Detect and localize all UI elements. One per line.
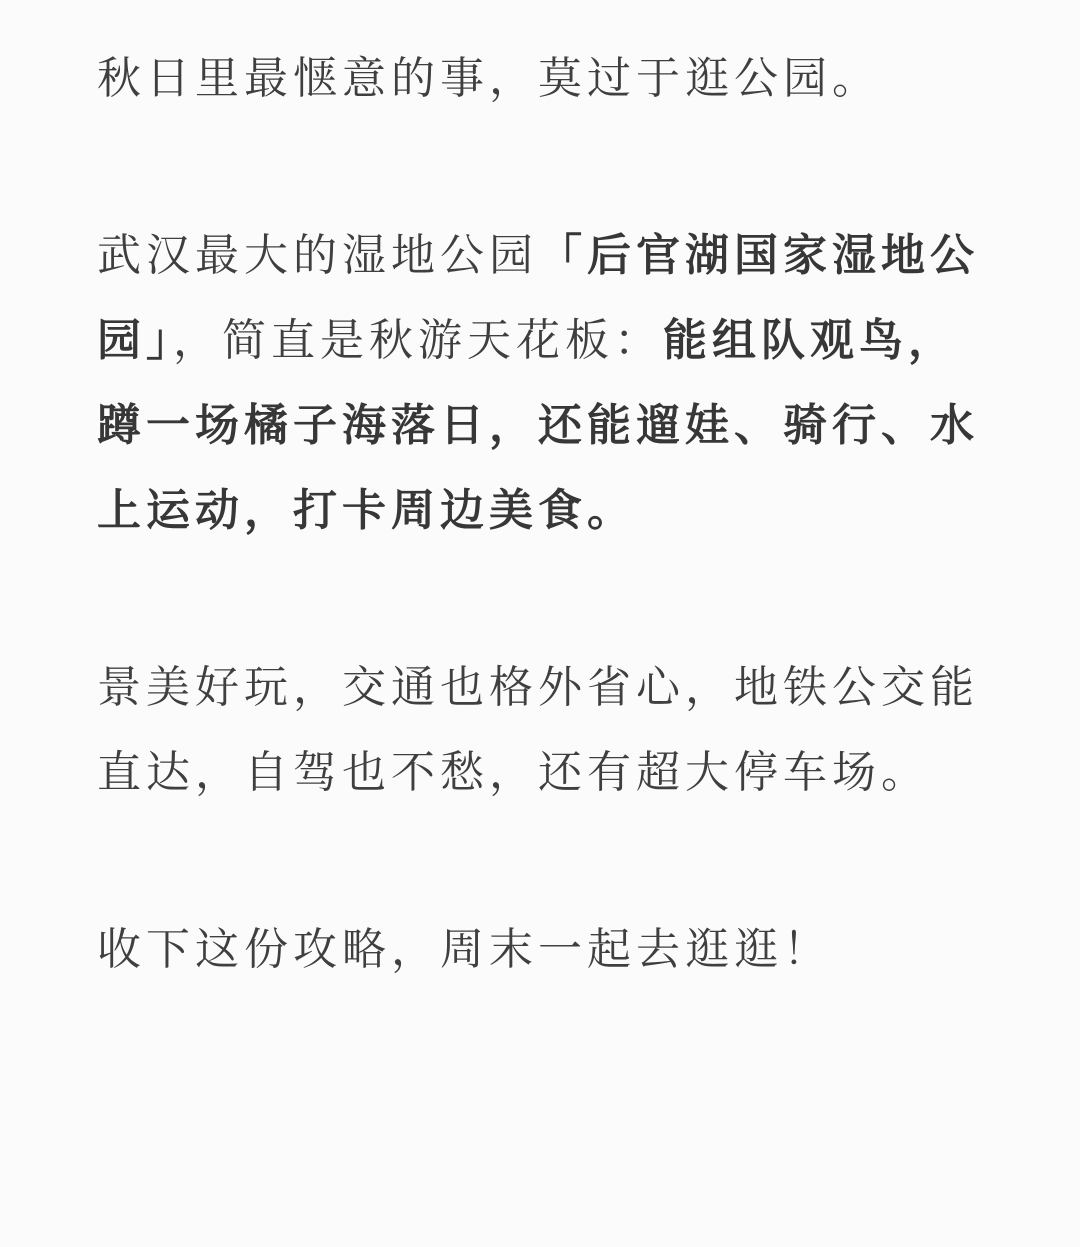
body-text: 秋日里最惬意的事，莫过于逛公园。 <box>97 54 881 103</box>
body-text: ，简直是秋游天花板： <box>173 316 663 365</box>
body-text: 武汉最大的湿地公园 <box>97 231 538 280</box>
paragraph-list: 秋日里最惬意的事，莫过于逛公园。武汉最大的湿地公园「后官湖国家湿地公园」，简直是… <box>97 36 983 992</box>
paragraph: 秋日里最惬意的事，莫过于逛公园。 <box>97 36 983 121</box>
article-body: 秋日里最惬意的事，莫过于逛公园。武汉最大的湿地公园「后官湖国家湿地公园」，简直是… <box>0 0 1080 992</box>
body-text: 收下这份攻略，周末一起去逛逛！ <box>97 925 832 974</box>
paragraph: 景美好玩，交通也格外省心，地铁公交能直达，自驾也不愁，还有超大停车场。 <box>97 645 983 815</box>
body-text: 景美好玩，交通也格外省心，地铁公交能直达，自驾也不愁，还有超大停车场。 <box>97 663 979 797</box>
paragraph: 武汉最大的湿地公园「后官湖国家湿地公园」，简直是秋游天花板：能组队观鸟，蹲一场橘… <box>97 213 983 553</box>
paragraph: 收下这份攻略，周末一起去逛逛！ <box>97 907 983 992</box>
